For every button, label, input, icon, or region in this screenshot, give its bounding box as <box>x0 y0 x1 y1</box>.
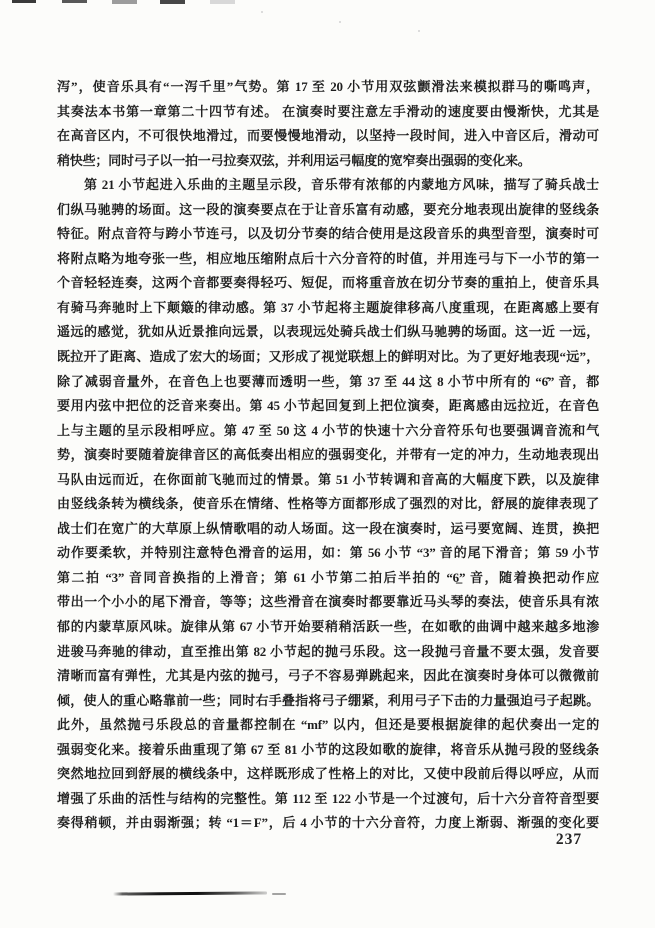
text-line: 其奏法本书第一章第二十四节有述。 在演奏时要注意左手滑动的速度要由慢渐快，尤其是 <box>57 100 599 125</box>
scan-speck <box>418 30 420 32</box>
text-line: 马队由远而近，在你面前飞驰而过的情景。第 51 小节转调和音高的大幅度下跌，以及… <box>57 468 599 493</box>
page-number: 237 <box>546 831 592 849</box>
scan-mark <box>112 0 137 4</box>
text-line: 特征。附点音符与跨小节连弓，以及切分节奏的结合使用是这段音乐的典型音型，演奏时可 <box>57 222 599 247</box>
text-line: 带出一个小小的尾下滑音，等等；这些滑音在演奏时都要靠近马头琴的奏法，使音乐具有浓 <box>57 590 599 615</box>
text-line: 第二拍 “3” 音同音换指的上滑音；第 61 小节第二拍后半拍的 “6̲” 音，… <box>57 566 599 591</box>
text-line: 上与主题的呈示段相呼应。第 47 至 50 这 4 小节的快速十六分音符乐句也要… <box>57 419 599 444</box>
text-line: 清晰而富有弹性，尤其是内弦的抛弓，弓子不容易弹跳起来，因此在演奏时身体可以微微前 <box>57 664 599 689</box>
text-line: 有骑马奔驰时上下颠簸的律动感。第 37 小节起将主题旋律移高八度重现，在距离感上… <box>57 296 599 321</box>
text-line: 动作要柔软，并特别注意特色滑音的运用，如：第 56 小节 “3” 音的尾下滑音；… <box>57 541 599 566</box>
scan-mark <box>12 0 36 3</box>
text-line: 泻”，使音乐具有“一泻千里”气势。第 17 至 20 小节用双弦颤滑法来模拟群马… <box>57 75 599 100</box>
text-line: 郁的内蒙草原风味。旋律从第 67 小节开始要稍稍活跃一些，在如歌的曲调中越来越多… <box>57 615 599 640</box>
text-line: 由竖线条转为横线条，使音乐在情绪、性格等方面都形成了强烈的对比，舒展的旋律表现了 <box>57 492 599 517</box>
text-line: 势，演奏时要随着旋律音区的高低奏出相应的强弱变化，并带有一定的冲力，生动地表现出 <box>57 443 599 468</box>
scan-mark <box>210 0 235 4</box>
scan-mark <box>62 0 87 3</box>
text-line: 倾，使人的重心略靠前一些；同时右手叠指将弓子绷紧，利用弓子下击的力量强迫弓子起跳… <box>57 689 599 714</box>
scan-smudge-tail <box>272 893 286 895</box>
scan-speck <box>339 21 341 23</box>
text-line: 除了减弱音量外，在音色上也要薄而透明一些，第 37 至 44 这 8 小节中所有… <box>57 370 599 395</box>
text-line: 奏得稍顿，并由弱渐强；转 “1＝F”，后 4 小节的十六分音符，力度上渐弱、渐强… <box>57 811 599 836</box>
text-line: 此外，虽然抛弓乐段总的音量都控制在 “mf” 以内，但还是要根据旋律的起伏奏出一… <box>57 713 599 738</box>
text-line: 们纵马驰骋的场面。这一段的演奏要点在于让音乐富有动感，要充分地表现出旋律的竖线条 <box>57 198 599 223</box>
scan-speck <box>261 11 263 13</box>
text-line: 个音轻轻连奏，这两个音都要奏得轻巧、短促，而将重音放在切分节奏的重拍上，使音乐具 <box>57 271 599 296</box>
text-line: 稍快些；同时弓子以一拍一弓拉奏双弦，并利用运弓幅度的宽窄奏出强弱的变化来。 <box>57 149 599 174</box>
text-line: 增强了乐曲的活性与结构的完整性。第 112 至 122 小节是一个过渡句，后十六… <box>57 787 599 812</box>
text-line: 进骏马奔驰的律动，直至推出第 82 小节起的抛弓乐段。这一段抛弓音量不要太强，发… <box>57 640 599 665</box>
text-line: 将附点略为地夸张一些，相应地压缩附点后十六分音符的时值，并用连弓与下一小节的第一 <box>57 247 599 272</box>
text-line: 要用内弦中把位的泛音来奏出。第 45 小节起回复到上把位演奏，距离感由远拉近，在… <box>57 394 599 419</box>
text-line: 第 21 小节起进入乐曲的主题呈示段，音乐带有浓郁的内蒙地方风味，描写了骑兵战士 <box>57 173 599 198</box>
document-page: 泻”，使音乐具有“一泻千里”气势。第 17 至 20 小节用双弦颤滑法来模拟群马… <box>0 0 655 928</box>
text-line: 强弱变化来。接着乐曲重现了第 67 至 81 小节的这段如歌的旋律，将音乐从抛弓… <box>57 738 599 763</box>
text-line: 遥远的感觉，犹如从近景推向远景，以表现远处骑兵战士们纵马驰骋的场面。这一近 一远… <box>57 320 599 345</box>
text-line: 既拉开了距离、造成了宏大的场面；又形成了视觉联想上的鲜明对比。为了更好地表现“远… <box>57 345 599 370</box>
text-line: 在高音区内，不可很快地滑过，而要慢慢地滑动，以坚持一段时间，进入中音区后，滑动可 <box>57 124 599 149</box>
scan-mark <box>160 0 185 4</box>
text-line: 突然地拉回到舒展的横线条中，这样既形成了性格上的对比，又使中段前后得以呼应，从而 <box>57 762 599 787</box>
text-line: 战士们在宽广的大草原上纵情歌唱的动人场面。这一段在演奏时，运弓要宽阔、连贯，换把 <box>57 517 599 542</box>
text-block: 泻”，使音乐具有“一泻千里”气势。第 17 至 20 小节用双弦颤滑法来模拟群马… <box>57 75 599 836</box>
scan-smudge-line <box>113 891 267 895</box>
